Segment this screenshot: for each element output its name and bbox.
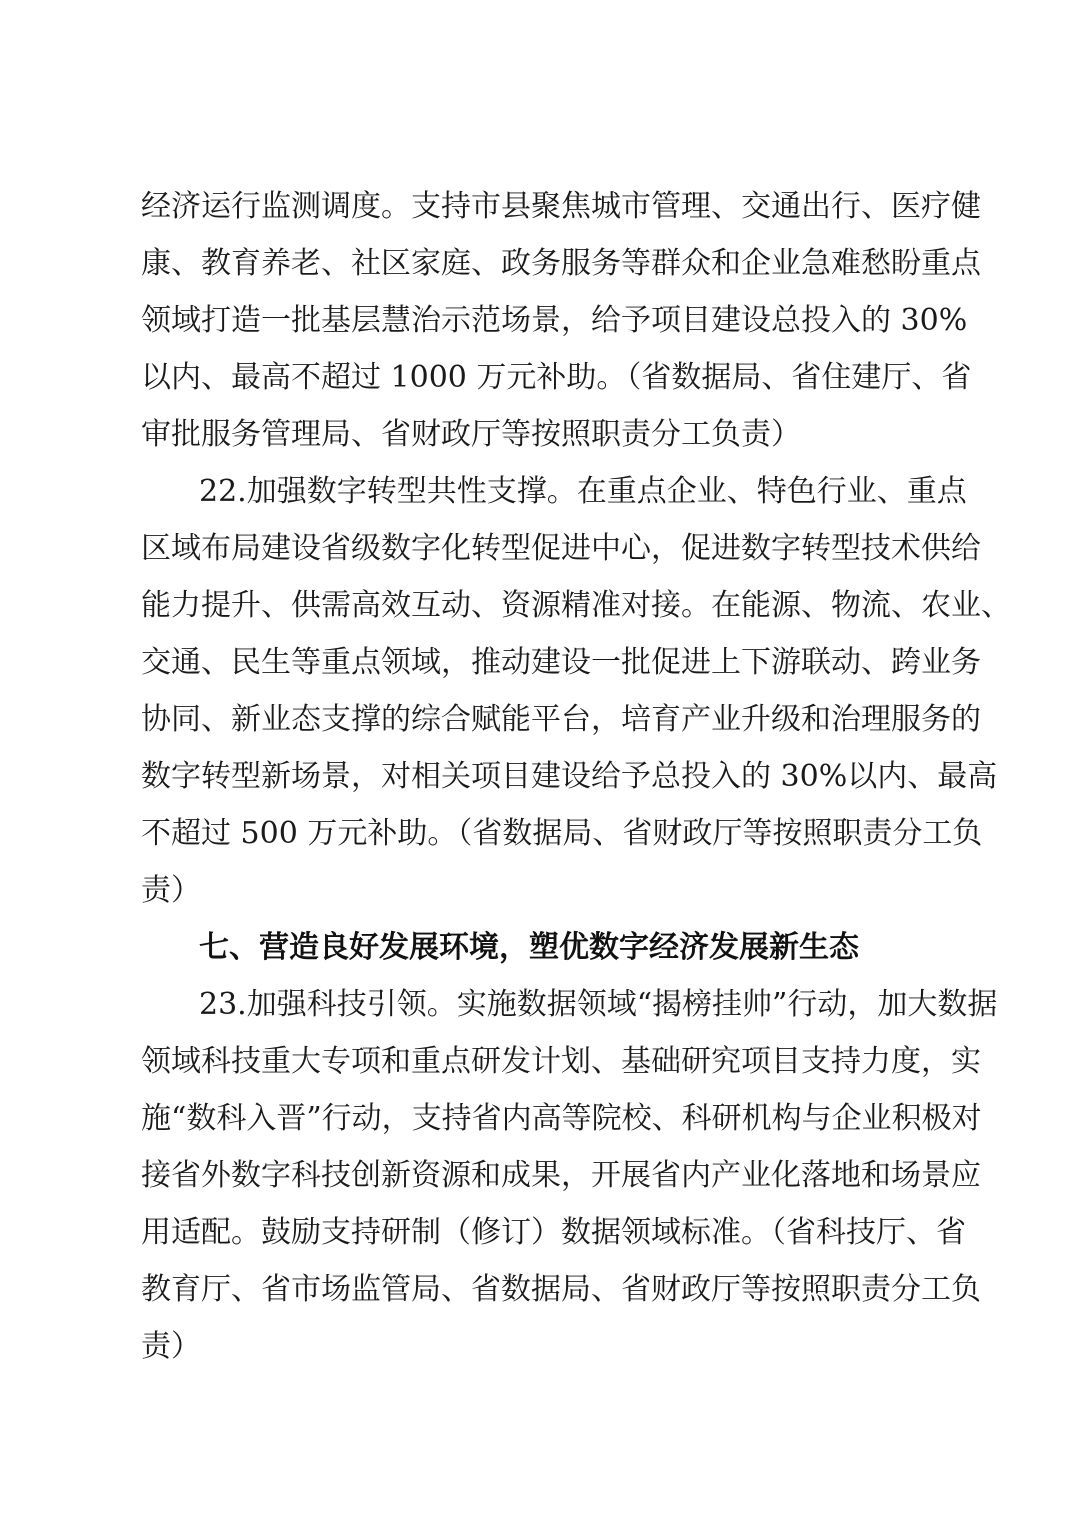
text-line: 不超过 500 万元补助。（省数据局、省财政厅等按照职责分工负 — [141, 805, 941, 862]
text-line: 以内、最高不超过 1000 万元补助。（省数据局、省住建厅、省 — [141, 349, 941, 406]
text-line: 22.加强数字转型共性支撑。在重点企业、特色行业、重点 — [141, 463, 941, 520]
document-page: 经济运行监测调度。支持市县聚焦城市管理、交通出行、医疗健 康、教育养老、社区家庭… — [141, 178, 941, 1375]
text-line: 区域布局建设省级数字化转型促进中心，促进数字转型技术供给 — [141, 520, 941, 577]
paragraph-21-continued: 经济运行监测调度。支持市县聚焦城市管理、交通出行、医疗健 康、教育养老、社区家庭… — [141, 178, 941, 463]
text-line: 数字转型新场景，对相关项目建设给予总投入的 30%以内、最高 — [141, 748, 941, 805]
text-line: 接省外数字科技创新资源和成果，开展省内产业化落地和场景应 — [141, 1147, 941, 1204]
text-line: 23.加强科技引领。实施数据领域“揭榜挂帅”行动，加大数据 — [141, 976, 941, 1033]
text-line: 领域科技重大专项和重点研发计划、基础研究项目支持力度，实 — [141, 1033, 941, 1090]
text-line: 责） — [141, 862, 941, 919]
text-line: 教育厅、省市场监管局、省数据局、省财政厅等按照职责分工负 — [141, 1261, 941, 1318]
text-line: 用适配。鼓励支持研制（修订）数据领域标准。（省科技厅、省 — [141, 1204, 941, 1261]
text-line: 审批服务管理局、省财政厅等按照职责分工负责） — [141, 406, 941, 463]
paragraph-22: 22.加强数字转型共性支撑。在重点企业、特色行业、重点 区域布局建设省级数字化转… — [141, 463, 941, 919]
text-line: 能力提升、供需高效互动、资源精准对接。在能源、物流、农业、 — [141, 577, 941, 634]
section-heading: 七、营造良好发展环境，塑优数字经济发展新生态 — [141, 919, 941, 976]
text-line: 康、教育养老、社区家庭、政务服务等群众和企业急难愁盼重点 — [141, 235, 941, 292]
text-line: 领域打造一批基层慧治示范场景，给予项目建设总投入的 30% — [141, 292, 941, 349]
text-line: 施“数科入晋”行动，支持省内高等院校、科研机构与企业积极对 — [141, 1090, 941, 1147]
text-line: 交通、民生等重点领域，推动建设一批促进上下游联动、跨业务 — [141, 634, 941, 691]
text-line: 责） — [141, 1318, 941, 1375]
text-line: 协同、新业态支撑的综合赋能平台，培育产业升级和治理服务的 — [141, 691, 941, 748]
text-line: 经济运行监测调度。支持市县聚焦城市管理、交通出行、医疗健 — [141, 178, 941, 235]
paragraph-23: 23.加强科技引领。实施数据领域“揭榜挂帅”行动，加大数据 领域科技重大专项和重… — [141, 976, 941, 1375]
